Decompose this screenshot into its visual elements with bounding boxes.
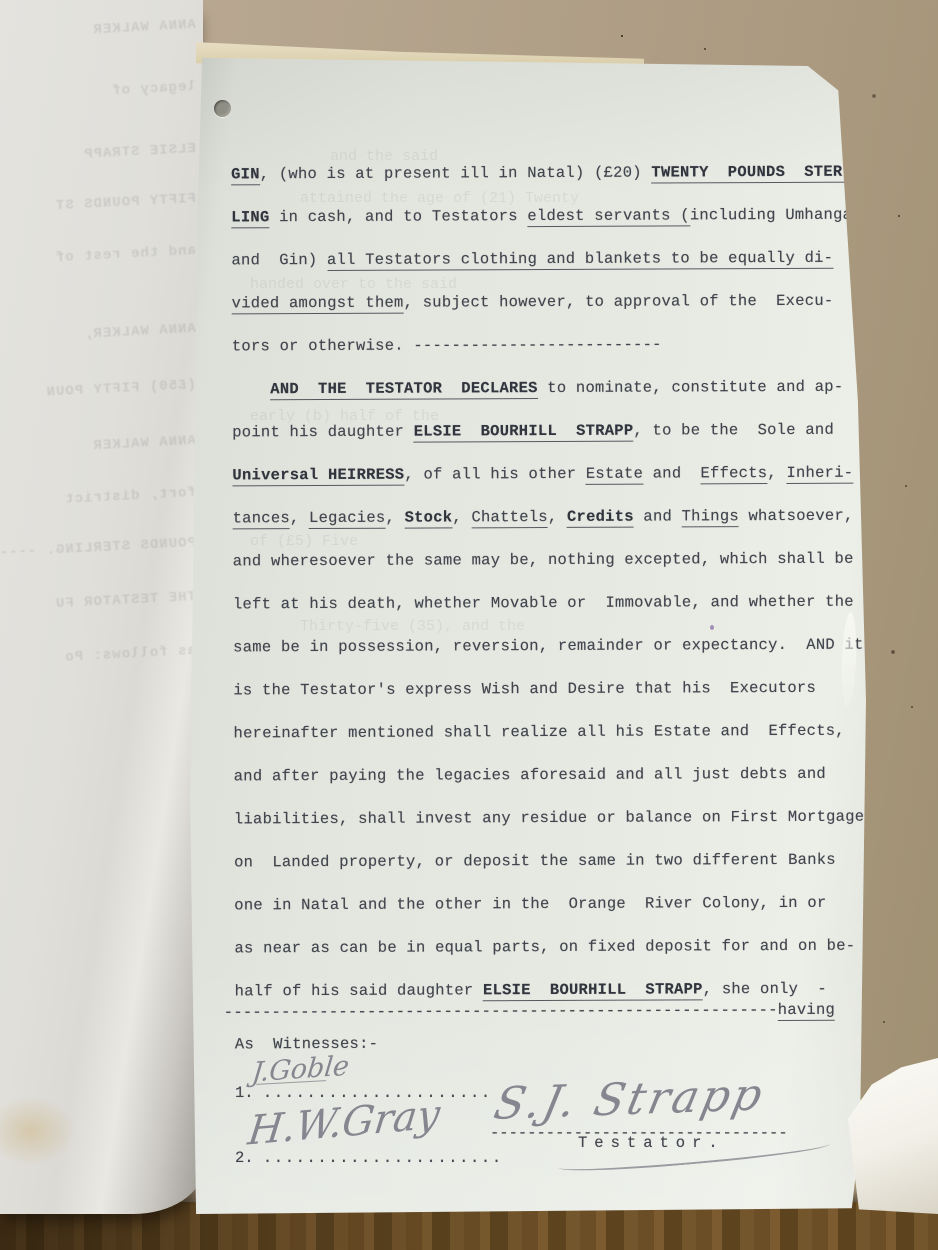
text-segment: and Gin) <box>231 251 327 269</box>
text-segment: same be in possession, reversion, remain… <box>233 636 863 657</box>
text-segment: , subject however, to approval of the Ex… <box>404 292 834 312</box>
witness-2-dotted-line: ...................... <box>263 1149 503 1167</box>
ghost-line: ELSIE STRAPP <box>0 141 196 167</box>
typed-line: vided amongst them, subject however, to … <box>232 280 868 326</box>
testator-signature: S.J. Strapp <box>490 1069 770 1130</box>
ghost-line: ANNA WALKER <box>0 17 196 43</box>
typed-line: tances, Legacies, Stock, Chattels, Credi… <box>233 495 869 541</box>
typed-line: GIN, (who is at present ill in Natal) (£… <box>231 151 867 197</box>
ghost-line: fort, district <box>0 485 196 511</box>
typed-line: and wheresoever the same may be, nothing… <box>233 538 869 584</box>
text-segment: hereinafter mentioned shall realize all … <box>234 722 845 743</box>
text-segment: including Umhanga <box>690 206 852 225</box>
text-segment: one in Natal and the other in the Orange… <box>234 894 826 915</box>
text-segment: left at his death, whether Movable or Im… <box>233 593 854 614</box>
text-segment: Credits <box>567 508 634 528</box>
text-segment: , <box>452 508 471 526</box>
text-segment: , (who is at present ill in Natal) (£20) <box>260 164 652 184</box>
paper-stain <box>0 1096 76 1166</box>
photograph-of-will-page: ANNA WALKERlegacy ofELSIE STRAPPFIFTY PO… <box>0 0 938 1250</box>
typed-line: Universal HEIRRESS, of all his other Est… <box>232 452 868 498</box>
typed-line: LING in cash, and to Testators eldest se… <box>231 194 867 240</box>
text-segment: Stock <box>405 508 453 528</box>
text-segment: ELSIE BOURHILL STRAPP <box>414 422 634 443</box>
ghost-line: POUNDS STERLING. ---- <box>0 535 196 561</box>
text-segment: GIN <box>231 165 260 185</box>
text-segment: AND THE TESTATOR DECLARES <box>270 379 538 400</box>
typed-line: and Gin) all Testators clothing and blan… <box>231 237 867 283</box>
text-segment: , of all his other <box>404 465 586 484</box>
text-segment: Estate <box>586 465 643 485</box>
text-segment: , <box>767 464 786 482</box>
text-segment: tors or otherwise. ---------------------… <box>232 336 662 356</box>
typed-line: hereinafter mentioned shall realize all … <box>233 710 869 756</box>
text-segment: to nominate, constitute and ap- <box>538 378 844 397</box>
text-segment: and after paying the legacies aforesaid … <box>234 765 826 786</box>
text-segment: , <box>548 508 567 526</box>
text-segment: TWENTY POUNDS STER- <box>651 163 852 184</box>
previous-page-verso: ANNA WALKERlegacy ofELSIE STRAPPFIFTY PO… <box>0 0 203 1214</box>
ghost-line: THE TESTATOR FU <box>0 589 196 615</box>
text-segment: , she only - <box>703 980 827 999</box>
text-segment: Chattels <box>471 508 548 528</box>
text-segment: having <box>778 1001 835 1021</box>
text-segment: Legacies <box>309 509 386 529</box>
typed-line: is the Testator's express Wish and Desir… <box>233 667 869 713</box>
typed-line: one in Natal and the other in the Orange… <box>234 882 870 928</box>
text-segment: ----------------------------------------… <box>224 1001 778 1021</box>
ghost-line: FIFTY POUNDS ST <box>0 191 196 217</box>
typed-line: tors or otherwise. ---------------------… <box>232 323 868 369</box>
ghost-line: ANNA WALKER <box>0 433 196 459</box>
ghost-line: (£50) FIFTY POUN <box>0 377 196 403</box>
text-segment: Inheri- <box>786 464 853 484</box>
text-segment <box>232 380 270 398</box>
text-segment: Universal HEIRRESS <box>232 466 404 487</box>
text-segment: on Landed property, or deposit the same … <box>234 851 836 872</box>
text-segment: and wheresoever the same may be, nothing… <box>233 550 854 571</box>
text-segment: vided amongst them <box>232 294 404 315</box>
text-segment: Things <box>682 507 739 527</box>
text-segment: is the Testator's express Wish and Desir… <box>233 679 816 700</box>
text-segment: , <box>385 509 404 527</box>
punch-hole <box>214 100 231 117</box>
text-segment: tances <box>233 509 290 529</box>
document-page: and the saidattained the age of (21) Twe… <box>190 52 866 1214</box>
typed-line: as near as can be in equal parts, on fix… <box>234 925 870 971</box>
typed-line: on Landed property, or deposit the same … <box>234 839 870 885</box>
typed-line: and after paying the legacies aforesaid … <box>234 753 870 799</box>
ghost-line: legacy of <box>0 79 196 105</box>
typed-line: same be in possession, reversion, remain… <box>233 624 869 670</box>
ghost-line: ANNA WALKER, <box>0 321 196 347</box>
typed-body-text: GIN, (who is at present ill in Natal) (£… <box>231 151 871 1067</box>
text-segment: and <box>643 464 700 482</box>
typed-line: left at his death, whether Movable or Im… <box>233 581 869 627</box>
text-segment: Effects <box>700 464 767 484</box>
typed-line: liabilities, shall invest any residue or… <box>234 796 870 842</box>
text-segment: liabilities, shall invest any residue or… <box>234 808 864 829</box>
text-segment: eldest servants ( <box>527 206 689 227</box>
text-segment: LING <box>231 208 269 228</box>
text-segment: point his daughter <box>232 423 414 442</box>
text-segment: whatsoever, <box>739 507 854 526</box>
text-segment: and <box>634 507 682 525</box>
text-segment: in cash, and to Testators <box>269 207 527 226</box>
text-segment: all Testators clothing and blankets to b… <box>327 249 833 271</box>
typed-line: AND THE TESTATOR DECLARES to nominate, c… <box>232 366 868 412</box>
text-segment: as near as can be in equal parts, on fix… <box>234 937 855 958</box>
ghost-line: as follows: Po <box>0 643 196 669</box>
text-segment: , <box>290 509 309 527</box>
text-segment: As Witnesses:- <box>235 1035 378 1054</box>
ghost-line: and the rest of <box>0 243 196 269</box>
typed-line: point his daughter ELSIE BOURHILL STRAPP… <box>232 409 868 455</box>
text-segment: , to be the Sole and <box>633 421 834 440</box>
